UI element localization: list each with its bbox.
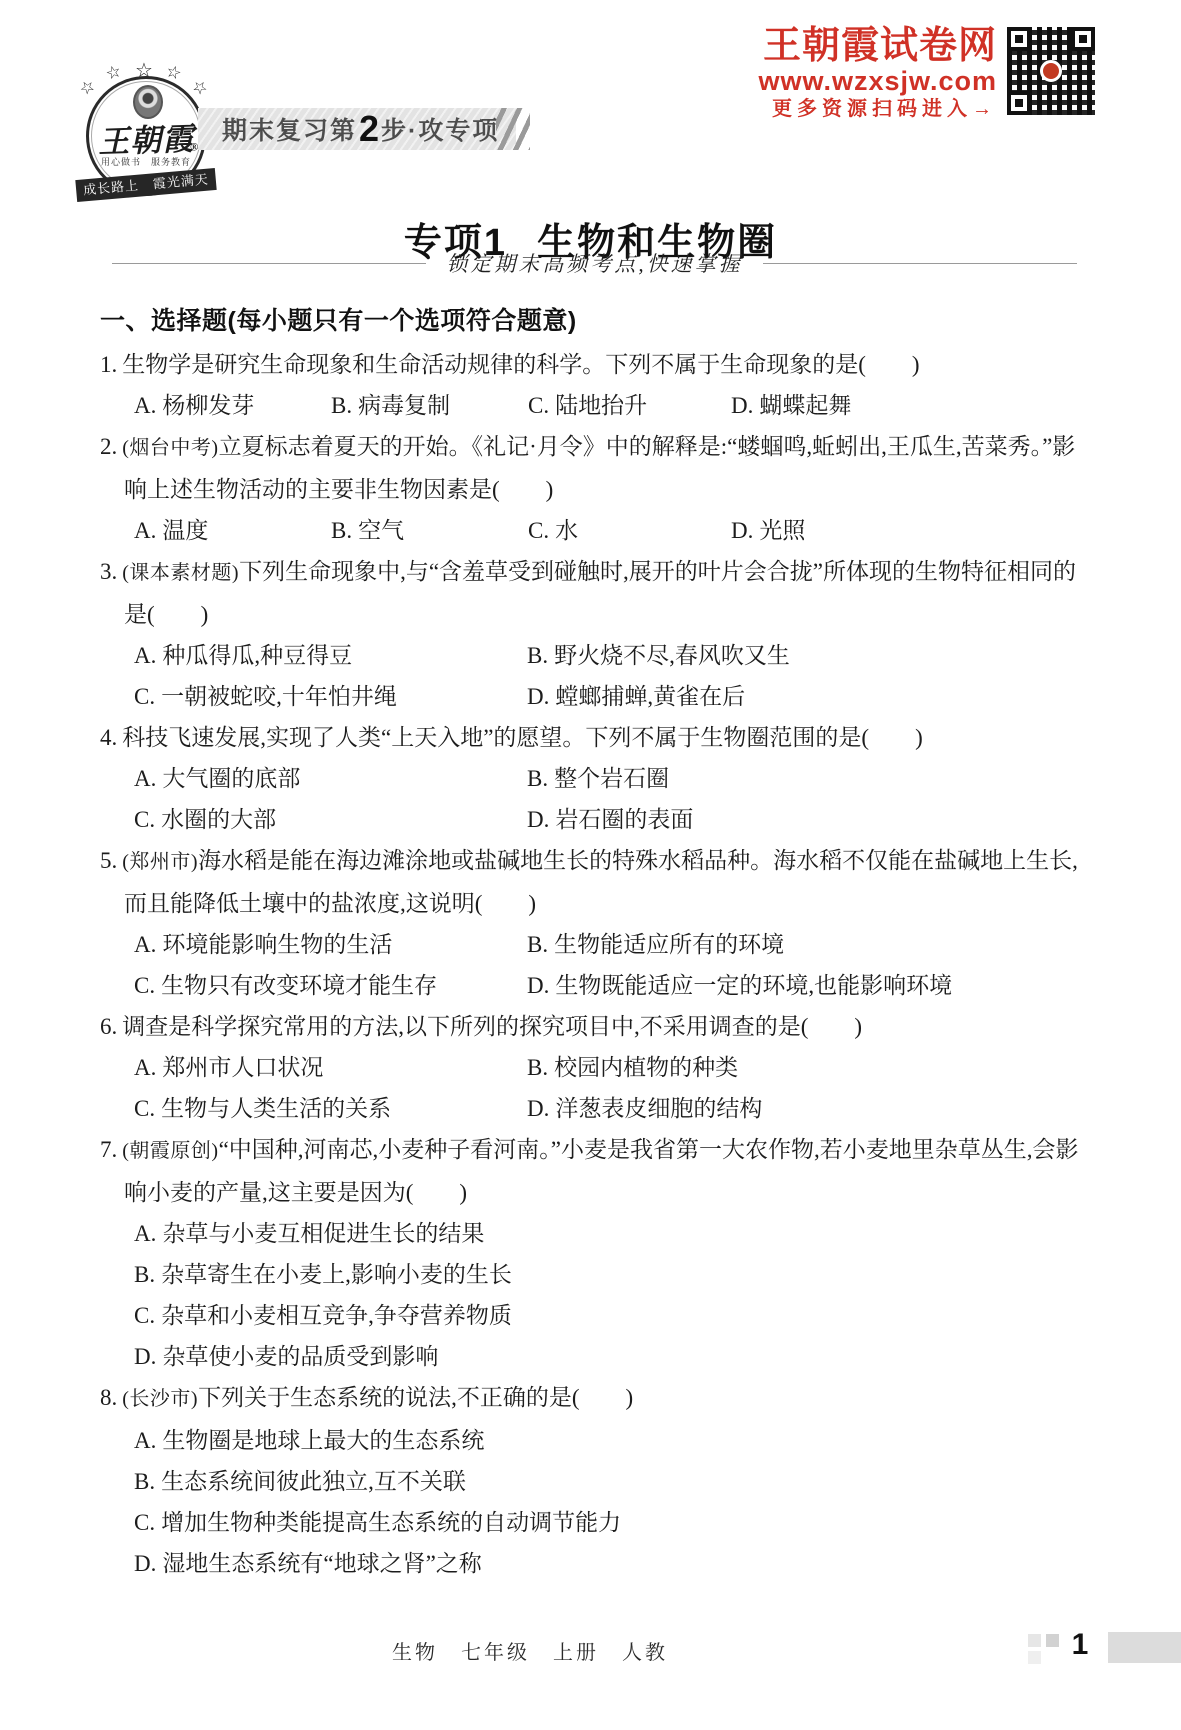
step-banner-suffix: 步·攻专项 — [381, 111, 499, 147]
brand-url: www.wzxsjw.com — [758, 66, 997, 96]
option-text: 水圈的大部 — [161, 807, 276, 832]
option-label: C. — [528, 518, 549, 543]
option-label: A. — [134, 518, 156, 543]
question-stem: 8.(长沙市)下列关于生态系统的说法,不正确的是( ) — [100, 1377, 1080, 1420]
options: A.环境能影响生物的生活B.生物能适应所有的环境C.生物只有改变环境才能生存D.… — [100, 924, 1080, 1006]
section-heading: 一、选择题(每小题只有一个选项符合题意) — [100, 298, 1080, 344]
option-text: 郑州市人口状况 — [162, 1055, 323, 1080]
question-stem: 2.(烟台中考)立夏标志着夏天的开始。《礼记·月令》中的解释是:“蝼蝈鸣,蚯蚓出… — [100, 426, 1080, 510]
option-text: 杨柳发芽 — [162, 393, 254, 418]
question-number: 4. — [100, 725, 117, 750]
option-text: 光照 — [759, 518, 805, 543]
option-B: B.病毒复制 — [331, 385, 528, 426]
option-label: B. — [134, 1469, 155, 1494]
stamp-slogan: 用心做书 服务教育 — [89, 155, 203, 168]
question-list: 1.生物学是研究生命现象和生命活动规律的科学。下列不属于生命现象的是( )A.杨… — [100, 344, 1080, 1584]
step-banner-prefix: 期末复习第 — [222, 111, 357, 147]
option-text: 温度 — [162, 518, 208, 543]
option-label: A. — [134, 643, 156, 668]
step-banner: 期末复习第 2 步·攻专项 — [198, 108, 516, 150]
qr-finder-icon — [1007, 27, 1031, 51]
question-text: 调查是科学探究常用的方法,以下所列的探究项目中,不采用调查的是( ) — [122, 1014, 862, 1039]
option-D: D.生物既能适应一定的环境,也能影响环境 — [527, 965, 1080, 1006]
qr-finder-icon — [1071, 27, 1095, 51]
option-label: B. — [527, 766, 548, 791]
page-number-bar — [1108, 1632, 1181, 1663]
option-text: 环境能影响生物的生活 — [162, 932, 392, 957]
stamp-name-text: 王朝霞 — [98, 121, 195, 159]
option-D: D.螳螂捕蝉,黄雀在后 — [527, 676, 1080, 717]
option-A: A.郑州市人口状况 — [134, 1047, 527, 1088]
question-6: 6.调查是科学探究常用的方法,以下所列的探究项目中,不采用调查的是( )A.郑州… — [100, 1006, 1080, 1129]
option-label: D. — [731, 393, 753, 418]
option-text: 生物圈是地球上最大的生态系统 — [162, 1428, 484, 1453]
option-text: 水 — [555, 518, 578, 543]
options: A.杂草与小麦互相促进生长的结果B.杂草寄生在小麦上,影响小麦的生长C.杂草和小… — [100, 1213, 1080, 1377]
option-C: C.一朝被蛇咬,十年怕井绳 — [134, 676, 527, 717]
option-label: C. — [134, 1303, 155, 1328]
brand-block: 王朝霞试卷网 www.wzxsjw.com 更多资源扫码进入→ — [758, 26, 997, 122]
option-D: D.光照 — [731, 510, 1080, 551]
question-stem: 1.生物学是研究生命现象和生命活动规律的科学。下列不属于生命现象的是( ) — [100, 344, 1080, 385]
option-A: A.生物圈是地球上最大的生态系统 — [134, 1420, 1080, 1461]
option-A: A.种瓜得瓜,种豆得豆 — [134, 635, 527, 676]
option-C: C.水圈的大部 — [134, 799, 527, 840]
question-source-tag: (课本素材题) — [122, 562, 239, 584]
option-text: 校园内植物的种类 — [554, 1055, 738, 1080]
question-number: 2. — [100, 434, 117, 459]
question-stem: 5.(郑州市)海水稻是能在海边滩涂地或盐碱地生长的特殊水稻品种。海水稻不仅能在盐… — [100, 840, 1080, 924]
question-number: 6. — [100, 1014, 117, 1039]
question-stem: 3.(课本素材题)下列生命现象中,与“含羞草受到碰触时,展开的叶片会合拢”所体现… — [100, 551, 1080, 635]
option-text: 杂草寄生在小麦上,影响小麦的生长 — [161, 1262, 512, 1287]
question-number: 8. — [100, 1385, 117, 1410]
option-text: 野火烧不尽,春风吹又生 — [554, 643, 790, 668]
question-source-tag: (长沙市) — [122, 1388, 198, 1410]
option-B: B.生态系统间彼此独立,互不关联 — [134, 1461, 1080, 1502]
option-A: A.杨柳发芽 — [134, 385, 331, 426]
option-text: 杂草和小麦相互竞争,争夺营养物质 — [161, 1303, 512, 1328]
option-A: A.杂草与小麦互相促进生长的结果 — [134, 1213, 1080, 1254]
question-source-tag: (烟台中考) — [122, 437, 218, 459]
brand-qr-hint: 更多资源扫码进入→ — [758, 96, 997, 122]
option-text: 增加生物种类能提高生态系统的自动调节能力 — [161, 1510, 621, 1535]
option-label: C. — [134, 684, 155, 709]
option-C: C.生物只有改变环境才能生存 — [134, 965, 527, 1006]
question-text: 立夏标志着夏天的开始。《礼记·月令》中的解释是:“蝼蝈鸣,蚯蚓出,王瓜生,苦菜秀… — [124, 434, 1075, 502]
question-text: 科技飞速发展,实现了人类“上天入地”的愿望。下列不属于生物圈范围的是( ) — [122, 725, 923, 750]
option-text: 病毒复制 — [358, 393, 450, 418]
option-text: 一朝被蛇咬,十年怕井绳 — [161, 684, 397, 709]
option-label: D. — [527, 973, 549, 998]
option-label: D. — [527, 1096, 549, 1121]
question-4: 4.科技飞速发展,实现了人类“上天入地”的愿望。下列不属于生物圈范围的是( )A… — [100, 717, 1080, 840]
option-D: D.蝴蝶起舞 — [731, 385, 1080, 426]
footer-info: 生物 七年级 上册 人教 — [0, 1636, 1060, 1665]
option-B: B.空气 — [331, 510, 528, 551]
page-number: 1 — [1058, 1628, 1102, 1662]
option-text: 杂草使小麦的品质受到影响 — [162, 1344, 438, 1369]
divider-line — [763, 263, 1077, 264]
question-source-tag: (朝霞原创) — [122, 1140, 218, 1162]
pixel-deco-icon — [1028, 1634, 1041, 1647]
option-label: C. — [528, 393, 549, 418]
option-text: 杂草与小麦互相促进生长的结果 — [162, 1221, 484, 1246]
option-label: C. — [134, 973, 155, 998]
question-stem: 4.科技飞速发展,实现了人类“上天入地”的愿望。下列不属于生物圈范围的是( ) — [100, 717, 1080, 758]
question-7: 7.(朝霞原创)“中国种,河南芯,小麦种子看河南。”小麦是我省第一大农作物,若小… — [100, 1129, 1080, 1377]
option-text: 空气 — [358, 518, 404, 543]
option-C: C.陆地抬升 — [528, 385, 731, 426]
option-C: C.杂草和小麦相互竞争,争夺营养物质 — [134, 1295, 1080, 1336]
option-text: 生物既能适应一定的环境,也能影响环境 — [555, 973, 952, 998]
options: A.大气圈的底部B.整个岩石圈C.水圈的大部D.岩石圈的表面 — [100, 758, 1080, 840]
question-number: 3. — [100, 559, 117, 584]
option-label: D. — [134, 1344, 156, 1369]
option-label: B. — [527, 932, 548, 957]
option-D: D.岩石圈的表面 — [527, 799, 1080, 840]
question-source-tag: (郑州市) — [122, 851, 198, 873]
option-A: A.温度 — [134, 510, 331, 551]
option-B: B.整个岩石圈 — [527, 758, 1080, 799]
option-label: D. — [134, 1551, 156, 1576]
option-label: B. — [527, 643, 548, 668]
question-text: 海水稻是能在海边滩涂地或盐碱地生长的特殊水稻品种。海水稻不仅能在盐碱地上生长,而… — [124, 848, 1078, 916]
qr-finder-icon — [1007, 91, 1031, 115]
question-stem: 6.调查是科学探究常用的方法,以下所列的探究项目中,不采用调查的是( ) — [100, 1006, 1080, 1047]
option-D: D.杂草使小麦的品质受到影响 — [134, 1336, 1080, 1377]
option-label: B. — [527, 1055, 548, 1080]
publisher-stamp: ☆ ☆ ☆ ☆ ☆ 王朝霞® 用心做书 服务教育 成长路上 霞光满天 — [84, 58, 214, 194]
option-B: B.杂草寄生在小麦上,影响小麦的生长 — [134, 1254, 1080, 1295]
option-label: A. — [134, 1428, 156, 1453]
option-label: A. — [134, 393, 156, 418]
option-text: 生物能适应所有的环境 — [554, 932, 784, 957]
option-label: B. — [331, 393, 352, 418]
options: A.温度B.空气C.水D.光照 — [100, 510, 1080, 551]
question-text: 下列生命现象中,与“含羞草受到碰触时,展开的叶片会合拢”所体现的生物特征相同的是… — [124, 559, 1076, 627]
question-2: 2.(烟台中考)立夏标志着夏天的开始。《礼记·月令》中的解释是:“蝼蝈鸣,蚯蚓出… — [100, 426, 1080, 551]
option-B: B.野火烧不尽,春风吹又生 — [527, 635, 1080, 676]
option-text: 生物只有改变环境才能生存 — [161, 973, 437, 998]
subtitle: 锁定期末高频考点,快速掌握 — [446, 248, 742, 278]
option-C: C.水 — [528, 510, 731, 551]
question-5: 5.(郑州市)海水稻是能在海边滩涂地或盐碱地生长的特殊水稻品种。海水稻不仅能在盐… — [100, 840, 1080, 1006]
option-label: C. — [134, 1096, 155, 1121]
option-C: C.增加生物种类能提高生态系统的自动调节能力 — [134, 1502, 1080, 1543]
question-stem: 7.(朝霞原创)“中国种,河南芯,小麦种子看河南。”小麦是我省第一大农作物,若小… — [100, 1129, 1080, 1213]
option-B: B.生物能适应所有的环境 — [527, 924, 1080, 965]
option-C: C.生物与人类生活的关系 — [134, 1088, 527, 1129]
option-label: B. — [134, 1262, 155, 1287]
brand-title: 王朝霞试卷网 — [758, 26, 997, 66]
options: A.杨柳发芽B.病毒复制C.陆地抬升D.蝴蝶起舞 — [100, 385, 1080, 426]
option-label: A. — [134, 1221, 156, 1246]
option-text: 大气圈的底部 — [162, 766, 300, 791]
option-label: A. — [134, 766, 156, 791]
divider-line — [112, 263, 426, 264]
pixel-deco-icon — [1028, 1651, 1041, 1664]
stamp-ribbon: 成长路上 霞光满天 — [75, 168, 216, 202]
qr-code-icon — [1007, 27, 1095, 115]
question-text: 下列关于生态系统的说法,不正确的是( ) — [198, 1385, 633, 1410]
option-label: D. — [731, 518, 753, 543]
option-D: D.洋葱表皮细胞的结构 — [527, 1088, 1080, 1129]
option-text: 岩石圈的表面 — [555, 807, 693, 832]
question-8: 8.(长沙市)下列关于生态系统的说法,不正确的是( )A.生物圈是地球上最大的生… — [100, 1377, 1080, 1584]
option-text: 蝴蝶起舞 — [759, 393, 851, 418]
options: A.种瓜得瓜,种豆得豆B.野火烧不尽,春风吹又生C.一朝被蛇咬,十年怕井绳D.螳… — [100, 635, 1080, 717]
option-D: D.湿地生态系统有“地球之肾”之称 — [134, 1543, 1080, 1584]
option-text: 种瓜得瓜,种豆得豆 — [162, 643, 352, 668]
options: A.生物圈是地球上最大的生态系统B.生态系统间彼此独立,互不关联C.增加生物种类… — [100, 1420, 1080, 1584]
question-number: 1. — [100, 352, 117, 377]
question-number: 7. — [100, 1137, 117, 1162]
option-label: A. — [134, 1055, 156, 1080]
option-text: 螳螂捕蝉,黄雀在后 — [555, 684, 745, 709]
exam-page: 王朝霞试卷网 www.wzxsjw.com 更多资源扫码进入→ ☆ ☆ ☆ ☆ … — [0, 0, 1181, 1730]
question-area: 一、选择题(每小题只有一个选项符合题意) 1.生物学是研究生命现象和生命活动规律… — [100, 298, 1080, 1584]
option-label: C. — [134, 807, 155, 832]
option-text: 陆地抬升 — [555, 393, 647, 418]
option-A: A.环境能影响生物的生活 — [134, 924, 527, 965]
question-text: 生物学是研究生命现象和生命活动规律的科学。下列不属于生命现象的是( ) — [122, 352, 919, 377]
option-label: B. — [331, 518, 352, 543]
option-label: D. — [527, 684, 549, 709]
option-text: 生物与人类生活的关系 — [161, 1096, 391, 1121]
step-number: 2 — [359, 108, 379, 150]
option-text: 生态系统间彼此独立,互不关联 — [161, 1469, 466, 1494]
option-text: 整个岩石圈 — [554, 766, 669, 791]
option-label: A. — [134, 932, 156, 957]
option-A: A.大气圈的底部 — [134, 758, 527, 799]
option-text: 湿地生态系统有“地球之肾”之称 — [162, 1551, 481, 1576]
star-icon: ☆ — [76, 75, 100, 100]
question-3: 3.(课本素材题)下列生命现象中,与“含羞草受到碰触时,展开的叶片会合拢”所体现… — [100, 551, 1080, 717]
subtitle-row: 锁定期末高频考点,快速掌握 — [112, 248, 1077, 278]
option-label: C. — [134, 1510, 155, 1535]
question-1: 1.生物学是研究生命现象和生命活动规律的科学。下列不属于生命现象的是( )A.杨… — [100, 344, 1080, 426]
options: A.郑州市人口状况B.校园内植物的种类C.生物与人类生活的关系D.洋葱表皮细胞的… — [100, 1047, 1080, 1129]
qr-center-emblem-icon — [1040, 60, 1062, 82]
option-label: D. — [527, 807, 549, 832]
question-number: 5. — [100, 848, 117, 873]
option-text: 洋葱表皮细胞的结构 — [555, 1096, 762, 1121]
option-B: B.校园内植物的种类 — [527, 1047, 1080, 1088]
question-text: “中国种,河南芯,小麦种子看河南。”小麦是我省第一大农作物,若小麦地里杂草丛生,… — [124, 1137, 1079, 1205]
